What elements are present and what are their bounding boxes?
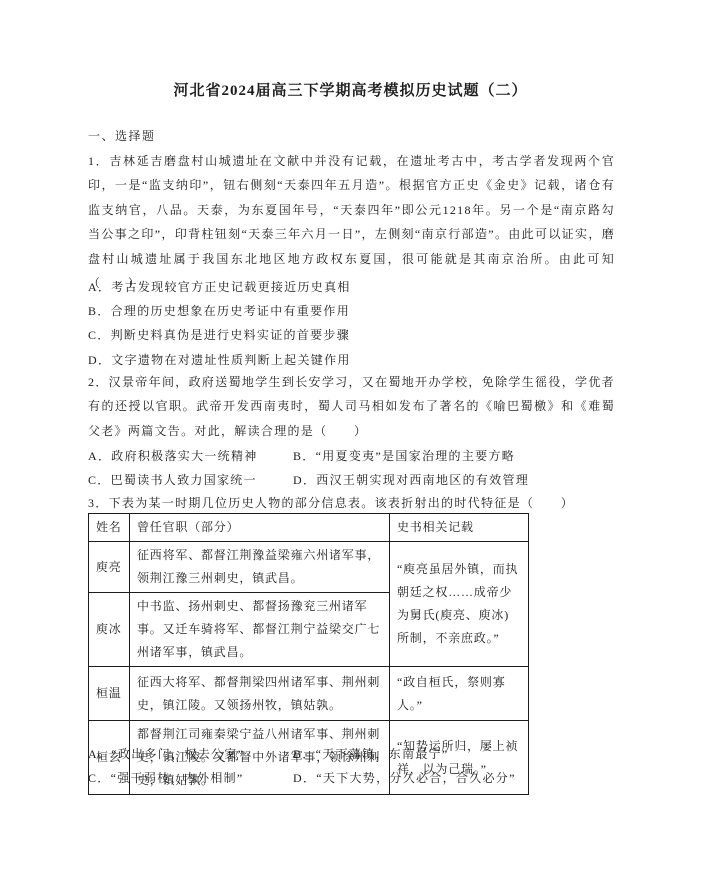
question-2-option-b: B．“用夏变夷”是国家治理的主要方略 [293,444,615,468]
question-3-option-d: D．“天下大势，分久必合，合久必分” [293,766,615,790]
question-2-options: A．政府积极落实大一统精神 B．“用夏变夷”是国家治理的主要方略 C．巴蜀读书人… [88,444,615,492]
question-3-option-c: C．“强干弱枝，内外相制” [88,766,293,790]
question-2-option-c: C．巴蜀读书人致力国家统一 [88,468,293,492]
person-name: 桓温 [89,667,130,721]
page-title: 河北省2024届高三下学期高考模拟历史试题（二） [0,79,701,100]
header-name: 姓名 [89,514,130,542]
person-office: 中书监、扬州刺史、都督扬豫兖三州诸军事。又迁车骑将军、都督江荆宁益梁交广七州诸军… [130,593,390,667]
question-3-option-a: A．“政出多门，权去公家” [88,742,293,766]
person-office: 征西大将军、都督荆梁四州诸军事、荆州刺史，镇江陵。又领扬州牧，镇姑孰。 [130,667,390,721]
header-office: 曾任官职（部分） [130,514,390,542]
header-record: 史书相关记载 [390,514,529,542]
section-heading: 一、选择题 [88,127,156,144]
question-3-option-b: B．“天下藩镇，东南最宁” [293,742,615,766]
question-1-options: A．考古发现较官方正史记载更接近历史真相 B．合理的历史想象在历史考证中有重要作… [88,275,615,372]
person-office: 征西将军、都督江荆豫益梁雍六州诸军事，领荆江豫三州刺史，镇武昌。 [130,542,390,593]
question-2-option-a: A．政府积极落实大一统精神 [88,444,293,468]
exam-page: 河北省2024届高三下学期高考模拟历史试题（二） 一、选择题 1．吉林延吉磨盘村… [0,0,701,877]
question-2-stem: 2．汉景帝年间，政府送蜀地学生到长安学习，又在蜀地开办学校，免除学生徭役，学优者… [88,370,615,443]
question-1-option-c: C．判断史料真伪是进行史料实证的首要步骤 [88,323,615,347]
question-1-option-d: D．文字遗物在对遗址性质判断上起关键作用 [88,348,615,372]
question-3-options: A．“政出多门，权去公家” B．“天下藩镇，东南最宁” C．“强干弱枝，内外相制… [88,742,615,790]
question-2-option-d: D．西汉王朝实现对西南地区的有效管理 [293,468,615,492]
question-3-stem: 3．下表为某一时期几位历史人物的部分信息表。该表折射出的时代特征是（ ） [88,491,615,515]
question-1-option-a: A．考古发现较官方正史记载更接近历史真相 [88,275,615,299]
question-1-stem: 1．吉林延吉磨盘村山城遗址在文献中并没有记载，在遗址考古中，考古学者发现两个官印… [88,149,615,295]
table-row: 庾亮 征西将军、都督江荆豫益梁雍六州诸军事，领荆江豫三州刺史，镇武昌。 “庾亮虽… [89,542,529,593]
table-row: 桓温 征西大将军、都督荆梁四州诸军事、荆州刺史，镇江陵。又领扬州牧，镇姑孰。 “… [89,667,529,721]
question-1-option-b: B．合理的历史想象在历史考证中有重要作用 [88,299,615,323]
person-record: “庾亮虽居外镇，而执朝廷之权……成帝少为舅氏(庾亮、庾冰)所制，不亲庶政。” [390,542,529,667]
person-record: “政自桓氏，祭则寡人。” [390,667,529,721]
person-name: 庾亮 [89,542,130,593]
table-header-row: 姓名 曾任官职（部分） 史书相关记载 [89,514,529,542]
person-name: 庾冰 [89,593,130,667]
